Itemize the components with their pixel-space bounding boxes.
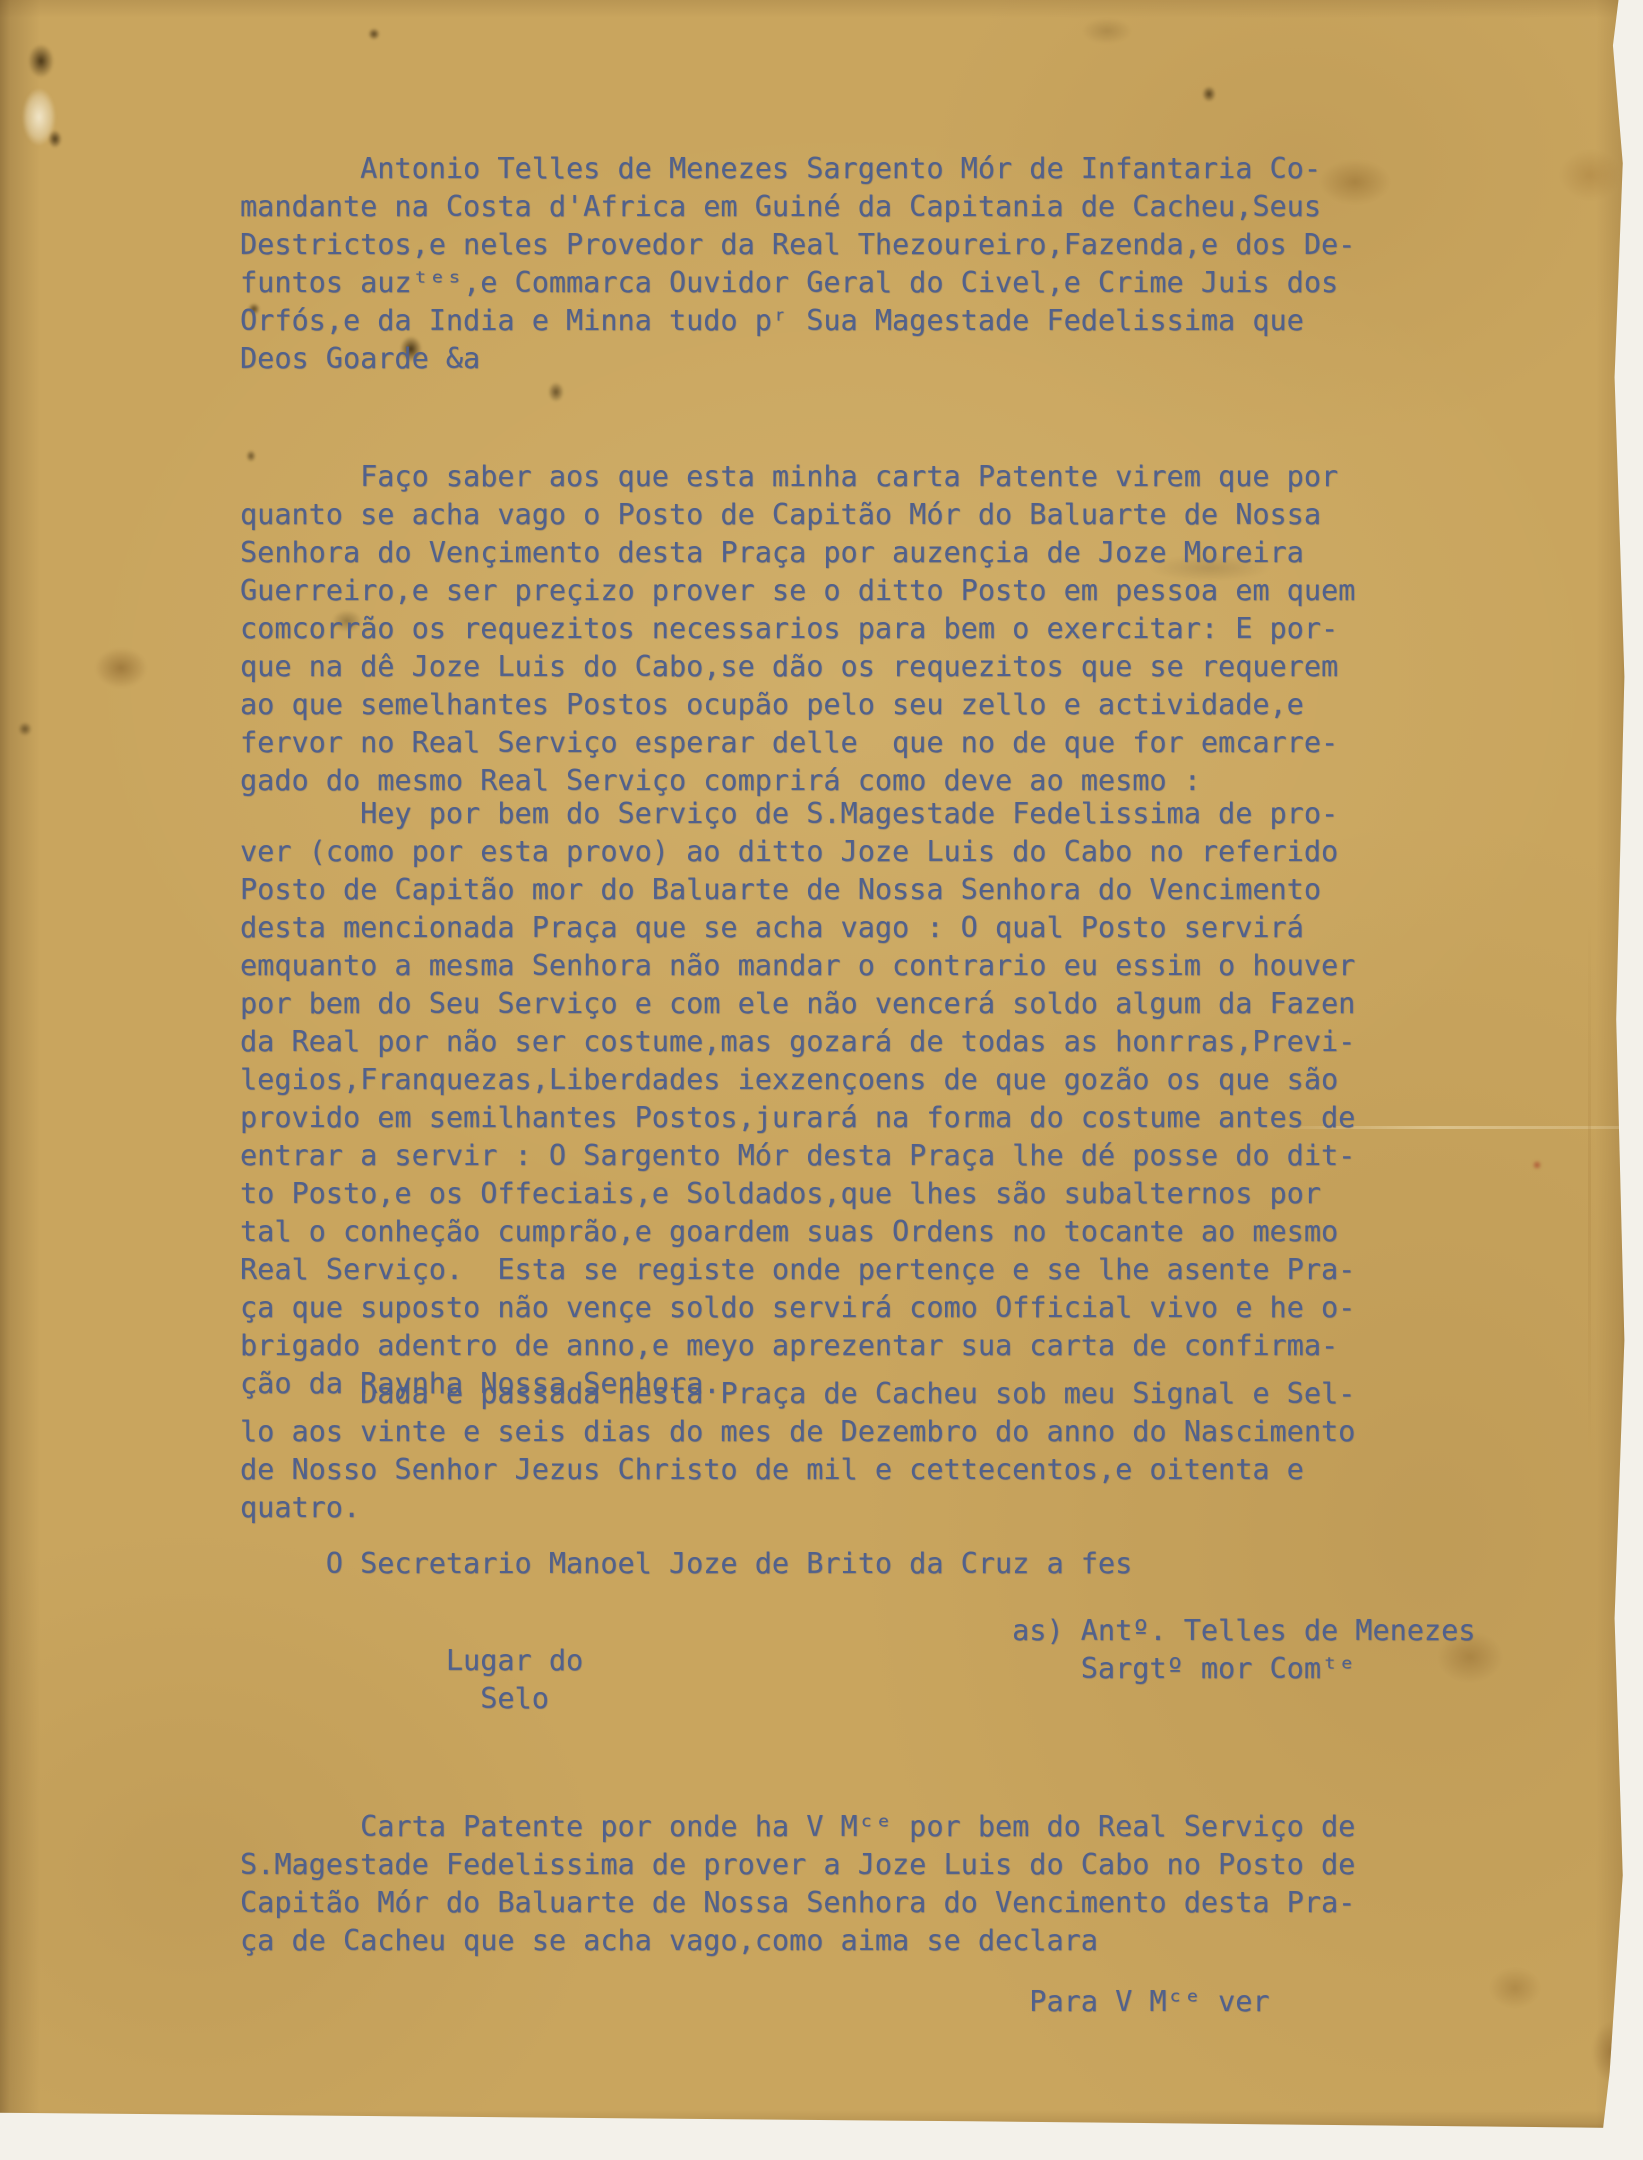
text-line: Hey por bem do Serviço de S.Magestade Fe… bbox=[240, 795, 1355, 833]
text-line: emquanto a mesma Senhora não mandar o co… bbox=[240, 947, 1355, 985]
paragraph-grant-clause: Hey por bem do Serviço de S.Magestade Fe… bbox=[240, 795, 1355, 1403]
typewritten-text: Antonio Telles de Menezes Sargento Mór d… bbox=[0, 0, 1626, 2132]
text-line: Antonio Telles de Menezes Sargento Mór d… bbox=[240, 150, 1355, 188]
text-line: brigado adentro de anno,e meyo aprezenta… bbox=[240, 1327, 1355, 1365]
text-line: ver (como por esta provo) ao ditto Joze … bbox=[240, 833, 1355, 871]
paragraph-dating-clause: Dada e passada nesta Praça de Cacheu sob… bbox=[240, 1375, 1355, 1527]
text-line: funtos auzᵗᵉˢ,e Commarca Ouvidor Geral d… bbox=[240, 264, 1355, 302]
text-line: Posto de Capitão mor do Baluarte de Noss… bbox=[240, 871, 1355, 909]
text-line: Guerreiro,e ser preçizo prover se o ditt… bbox=[240, 572, 1355, 610]
text-line: Real Serviço. Esta se registe onde perte… bbox=[240, 1251, 1355, 1289]
text-line: to Posto,e os Offeciais,e Soldados,que l… bbox=[240, 1175, 1355, 1213]
text-line: Faço saber aos que esta minha carta Pate… bbox=[240, 458, 1355, 496]
text-line: desta mencionada Praça que se acha vago … bbox=[240, 909, 1355, 947]
text-line: ça que suposto não vençe soldo servirá c… bbox=[240, 1289, 1355, 1327]
text-line: mandante na Costa d'Africa em Guiné da C… bbox=[240, 188, 1355, 226]
text-line: Deos Goarde &a bbox=[240, 340, 1355, 378]
text-line: Selo bbox=[240, 1680, 583, 1718]
text-line: de Nosso Senhor Jezus Christo de mil e c… bbox=[240, 1451, 1355, 1489]
paper-sheet: Antonio Telles de Menezes Sargento Mór d… bbox=[0, 0, 1626, 2132]
text-line: Dada e passada nesta Praça de Cacheu sob… bbox=[240, 1375, 1355, 1413]
text-line: comcorrão os requezitos necessarios para… bbox=[240, 610, 1355, 648]
text-line: ça de Cacheu que se acha vago,como aima … bbox=[240, 1922, 1355, 1960]
paragraph-preamble: Faço saber aos que esta minha carta Pate… bbox=[240, 458, 1355, 800]
text-line: Destrictos,e neles Provedor da Real Thez… bbox=[240, 226, 1355, 264]
text-line: legios,Franquezas,Liberdades iexzençoens… bbox=[240, 1061, 1355, 1099]
text-line: Capitão Mór do Baluarte de Nossa Senhora… bbox=[240, 1884, 1355, 1922]
text-line: Carta Patente por onde ha V Mᶜᵉ por bem … bbox=[240, 1808, 1355, 1846]
text-line: por bem do Seu Serviço e com ele não ven… bbox=[240, 985, 1355, 1023]
text-line: provido em semilhantes Postos,jurará na … bbox=[240, 1099, 1355, 1137]
closing-line: Para V Mᶜᵉ ver bbox=[240, 1983, 1270, 2021]
text-line: quanto se acha vago o Posto de Capitão M… bbox=[240, 496, 1355, 534]
paragraph-docket: Carta Patente por onde ha V Mᶜᵉ por bem … bbox=[240, 1808, 1355, 1960]
text-line: Orfós,e da India e Minna tudo pʳ Sua Mag… bbox=[240, 302, 1355, 340]
secretary-line: O Secretario Manoel Joze de Brito da Cru… bbox=[240, 1545, 1132, 1583]
text-line: da Real por não ser costume,mas gozará d… bbox=[240, 1023, 1355, 1061]
seal-placeholder: Lugar do Selo bbox=[240, 1642, 583, 1718]
text-line: Para V Mᶜᵉ ver bbox=[240, 1983, 1270, 2021]
scanned-document: { "document": { "language": "Portuguese"… bbox=[0, 0, 1643, 2160]
text-line: entrar a servir : O Sargento Mór desta P… bbox=[240, 1137, 1355, 1175]
paragraph-opening-titles: Antonio Telles de Menezes Sargento Mór d… bbox=[240, 150, 1355, 378]
text-line: lo aos vinte e seis dias do mes de Dezem… bbox=[240, 1413, 1355, 1451]
text-line: tal o conheção cumprão,e goardem suas Or… bbox=[240, 1213, 1355, 1251]
text-line: Senhora do Vençimento desta Praça por au… bbox=[240, 534, 1355, 572]
text-line: fervor no Real Serviço esperar delle que… bbox=[240, 724, 1355, 762]
text-line: S.Magestade Fedelissima de prover a Joze… bbox=[240, 1846, 1355, 1884]
text-line: Lugar do bbox=[240, 1642, 583, 1680]
text-line: ao que semelhantes Postos ocupão pelo se… bbox=[240, 686, 1355, 724]
text-line: que na dê Joze Luis do Cabo,se dão os re… bbox=[240, 648, 1355, 686]
text-line: O Secretario Manoel Joze de Brito da Cru… bbox=[240, 1545, 1132, 1583]
text-line: quatro. bbox=[240, 1489, 1355, 1527]
